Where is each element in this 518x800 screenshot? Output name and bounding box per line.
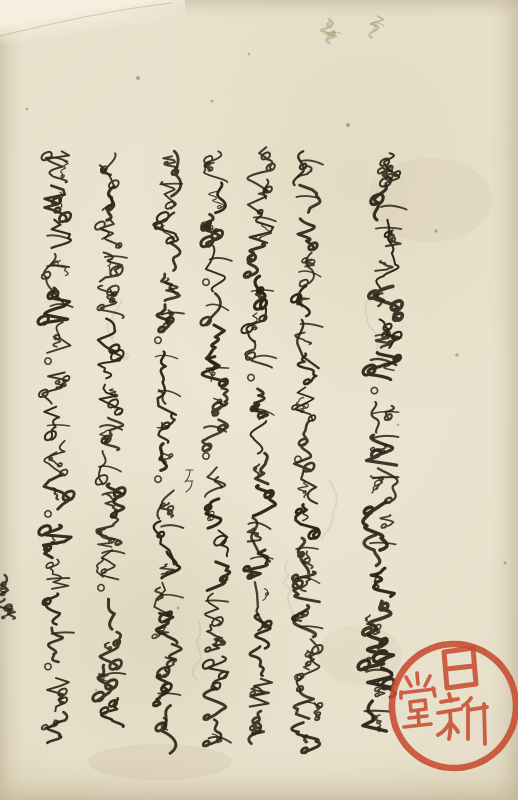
text-column xyxy=(93,153,127,726)
hanko-seal xyxy=(390,642,518,771)
text-column xyxy=(152,151,184,753)
text-column xyxy=(291,151,323,753)
text-column xyxy=(241,147,276,743)
furigana-marks xyxy=(185,470,193,492)
ghost-annotation-marks xyxy=(321,16,384,43)
artwork-root xyxy=(0,3,518,780)
paper-stains xyxy=(88,158,492,780)
seal-char-dou xyxy=(401,673,435,727)
text-column xyxy=(201,151,232,746)
margin-mark xyxy=(0,575,15,619)
crease-line xyxy=(0,3,172,36)
manuscript-page: いにしへの人乃。社の野れをるちく科お 窓ふゆらよる雪ひく。ろくく色はむ。うそ へ… xyxy=(0,0,518,800)
seal-char-shin xyxy=(438,694,487,744)
seal-char-nichi xyxy=(444,648,476,688)
text-column xyxy=(38,151,74,743)
calligraphy-canvas xyxy=(0,0,518,800)
